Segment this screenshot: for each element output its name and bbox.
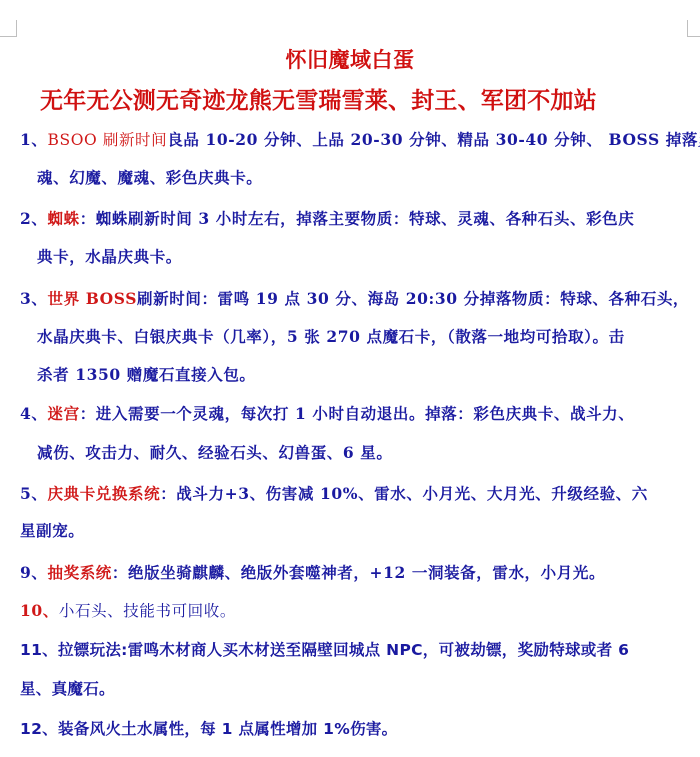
item-text: 刷新时间：雷鸣 19 点 30 分、海岛 20:30 分掉落物质：特球、各种石头… bbox=[137, 289, 689, 308]
list-item-5-continuation: 星副宠。 bbox=[20, 519, 84, 541]
item-text: 拉镖玩法:雷鸣木材商人买木材送至隔壁回城点 NPC，可被劫镖，奖励特球或者 6 bbox=[58, 641, 629, 659]
item-number: 12、 bbox=[20, 720, 58, 738]
item-number: 2、 bbox=[20, 209, 48, 228]
page-corner-mark-top-left bbox=[0, 20, 17, 37]
item-label: 蜘蛛 bbox=[48, 209, 80, 228]
list-item-1-continuation: 魂、幻魔、魔魂、彩色庆典卡。 bbox=[37, 166, 262, 188]
page-corner-mark-top-right bbox=[687, 20, 700, 37]
item-text: 小石头、技能书可回收。 bbox=[59, 602, 236, 620]
item-text: ：绝版坐骑麒麟、绝版外套噬神者，+12 一洞装备，雷水，小月光。 bbox=[112, 563, 605, 582]
item-text: 星副宠。 bbox=[20, 521, 84, 540]
item-number: 4、 bbox=[20, 404, 48, 423]
item-text: ：蜘蛛刷新时间 3 小时左右，掉落主要物质：特球、灵魂、各种石头、彩色庆 bbox=[80, 209, 635, 228]
item-text: 良品 10-20 分钟、上品 20-30 分钟、精品 30-40 分钟、 BOS… bbox=[167, 130, 700, 149]
list-item-3-continuation: 水晶庆典卡、白银庆典卡（几率），5 张 270 点魔石卡，（散落一地均可拾取）。… bbox=[37, 325, 625, 347]
item-label: 抽奖系统 bbox=[48, 563, 112, 582]
list-item-4-continuation: 减伤、攻击力、耐久、经验石头、幻兽蛋、6 星。 bbox=[37, 441, 392, 463]
list-item-3: 3、世界 BOSS刷新时间：雷鸣 19 点 30 分、海岛 20:30 分掉落物… bbox=[20, 287, 689, 309]
item-number: 3、 bbox=[20, 289, 48, 308]
item-label: BSOO 刷新时间 bbox=[48, 131, 168, 149]
item-number: 10、 bbox=[20, 601, 59, 620]
document-title: 怀旧魔域白蛋 bbox=[0, 44, 700, 74]
document-subtitle: 无年无公测无奇迹龙熊无雪瑞雪莱、封王、军团不加站 bbox=[40, 82, 597, 115]
item-label: 世界 BOSS bbox=[48, 289, 138, 308]
item-text: ：战斗力+3、伤害减 10%、雷水、小月光、大月光、升级经验、六 bbox=[160, 484, 648, 503]
list-item-2-continuation: 典卡，水晶庆典卡。 bbox=[37, 245, 182, 267]
item-text: 魂、幻魔、魔魂、彩色庆典卡。 bbox=[37, 168, 262, 187]
item-number: 1、 bbox=[20, 130, 48, 149]
list-item-5: 5、庆典卡兑换系统：战斗力+3、伤害减 10%、雷水、小月光、大月光、升级经验、… bbox=[20, 482, 648, 504]
list-item-10: 10、小石头、技能书可回收。 bbox=[20, 599, 236, 621]
item-number: 11、 bbox=[20, 641, 58, 659]
list-item-4: 4、迷宫：进入需要一个灵魂，每次打 1 小时自动退出。掉落：彩色庆典卡、战斗力、 bbox=[20, 402, 634, 424]
item-label: 迷宫 bbox=[48, 404, 80, 423]
item-text: ：进入需要一个灵魂，每次打 1 小时自动退出。掉落：彩色庆典卡、战斗力、 bbox=[80, 404, 635, 423]
list-item-2: 2、蜘蛛：蜘蛛刷新时间 3 小时左右，掉落主要物质：特球、灵魂、各种石头、彩色庆 bbox=[20, 207, 634, 229]
item-number: 9、 bbox=[20, 563, 48, 582]
item-text: 典卡，水晶庆典卡。 bbox=[37, 247, 182, 266]
item-text: 水晶庆典卡、白银庆典卡（几率），5 张 270 点魔石卡，（散落一地均可拾取）。… bbox=[37, 327, 625, 346]
list-item-12: 12、装备风火土水属性，每 1 点属性增加 1%伤害。 bbox=[20, 717, 397, 739]
item-number: 5、 bbox=[20, 484, 48, 503]
list-item-3-continuation: 杀者 1350 赠魔石直接入包。 bbox=[37, 363, 256, 385]
item-label: 庆典卡兑换系统 bbox=[48, 484, 161, 503]
item-text: 装备风火土水属性，每 1 点属性增加 1%伤害。 bbox=[58, 720, 398, 738]
item-text: 减伤、攻击力、耐久、经验石头、幻兽蛋、6 星。 bbox=[37, 443, 392, 462]
item-text: 星、真魔石。 bbox=[20, 680, 115, 698]
item-text: 杀者 1350 赠魔石直接入包。 bbox=[37, 365, 256, 384]
list-item-1: 1、BSOO 刷新时间良品 10-20 分钟、上品 20-30 分钟、精品 30… bbox=[20, 128, 700, 150]
list-item-11-continuation: 星、真魔石。 bbox=[20, 677, 115, 699]
list-item-11: 11、拉镖玩法:雷鸣木材商人买木材送至隔壁回城点 NPC，可被劫镖，奖励特球或者… bbox=[20, 638, 629, 660]
list-item-9: 9、抽奖系统：绝版坐骑麒麟、绝版外套噬神者，+12 一洞装备，雷水，小月光。 bbox=[20, 561, 605, 583]
